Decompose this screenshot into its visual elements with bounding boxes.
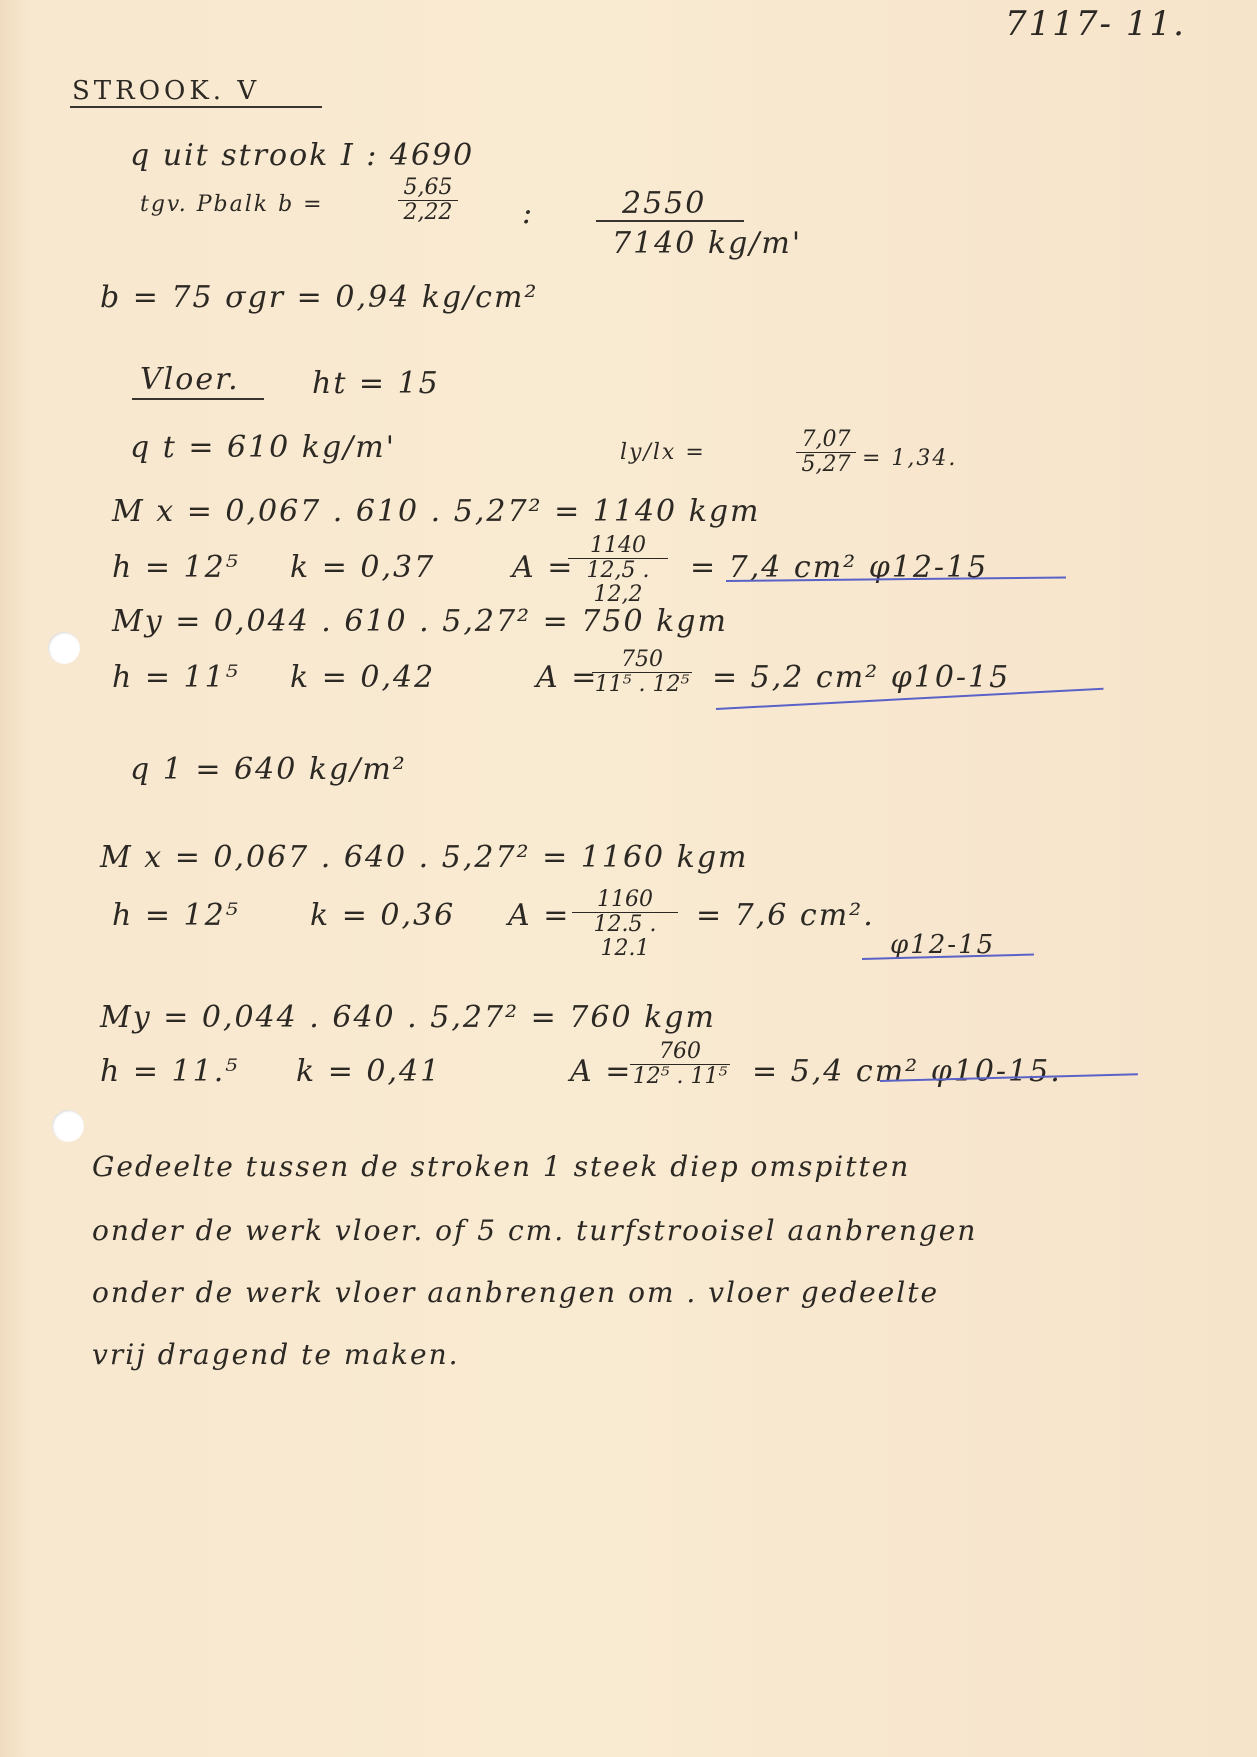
mx-calc-2: M x = 0,067 . 640 . 5,27² = 1160 kgm (100, 840, 749, 875)
punch-hole-top (48, 632, 80, 664)
page-reference: 7117- 11. (1005, 4, 1186, 44)
note-line-2: onder de werk vloer. of 5 cm. turfstrooi… (92, 1214, 977, 1247)
sum-line (596, 220, 744, 222)
pbalk-value: 2550 (622, 186, 706, 221)
a2-num: 750 (592, 648, 692, 673)
a4-fraction: 760 12⁵ . 11⁵ (630, 1040, 730, 1089)
my-calc-1: My = 0,044 . 610 . 5,27² = 750 kgm (112, 604, 728, 639)
a1-den: 12,5 . 12,2 (568, 559, 668, 607)
pbalk-fraction: 5,65 2,22 (398, 176, 458, 225)
b-and-sigma: b = 75 σgr = 0,94 kg/cm² (100, 280, 538, 315)
a1-label: A = (512, 550, 574, 585)
k-3: k = 0,36 (310, 898, 455, 933)
load-from-strook-1: q uit strook I : 4690 (130, 138, 474, 173)
ratio-label: ly/lx = (620, 440, 706, 465)
a4-den: 12⁵ . 11⁵ (630, 1065, 730, 1089)
a3-den: 12.5 . 12.1 (572, 913, 678, 961)
q1-load: q 1 = 640 kg/m² (130, 752, 407, 787)
a3-num: 1160 (572, 888, 678, 913)
mx-calc-1: M x = 0,067 . 610 . 5,27² = 1140 kgm (112, 494, 761, 529)
total-load: 7140 kg/m' (612, 226, 802, 261)
a4-label: A = (570, 1054, 632, 1089)
heading-underline (70, 106, 322, 108)
pbalk-fraction-num: 5,65 (398, 176, 458, 201)
a1-num: 1140 (568, 534, 668, 559)
k-1: k = 0,37 (290, 550, 435, 585)
page-heading: STROOK. V (72, 76, 260, 106)
vloer-title: Vloer. (140, 362, 240, 397)
h-4: h = 11.⁵ (100, 1054, 239, 1089)
a4-result: = 5,4 cm² φ10-15. (752, 1054, 1062, 1089)
a3-fraction: 1160 12.5 . 12.1 (572, 888, 678, 961)
pbalk-fraction-den: 2,22 (398, 201, 458, 225)
qt-load: q t = 610 kg/m' (130, 430, 396, 465)
a4-num: 760 (630, 1040, 730, 1065)
k-4: k = 0,41 (296, 1054, 441, 1089)
punch-hole-bottom (52, 1110, 84, 1142)
ratio-den: 5,27 (796, 453, 856, 477)
my-calc-2: My = 0,044 . 640 . 5,27² = 760 kgm (100, 1000, 716, 1035)
k-2: k = 0,42 (290, 660, 435, 695)
a1-fraction: 1140 12,5 . 12,2 (568, 534, 668, 607)
ratio-result: = 1,34. (862, 446, 957, 471)
note-line-1: Gedeelte tussen de stroken 1 steek diep … (92, 1150, 910, 1183)
pbalk-eq: : (522, 196, 534, 231)
a2-result: = 5,2 cm² φ10-15 (712, 660, 1010, 695)
a2-label: A = (536, 660, 598, 695)
vloer-underline (132, 398, 264, 400)
vloer-ht: ht = 15 (312, 366, 440, 401)
a3-result: = 7,6 cm². (696, 898, 875, 933)
a3-label: A = (508, 898, 570, 933)
h-1: h = 12⁵ (112, 550, 240, 585)
note-line-4: vrij dragend te maken. (92, 1338, 460, 1371)
a2-fraction: 750 11⁵ . 12⁵ (592, 648, 692, 697)
pbalk-label: tgv. Pbalk b = (140, 192, 324, 217)
a2-den: 11⁵ . 12⁵ (592, 673, 692, 697)
h-3: h = 12⁵ (112, 898, 240, 933)
note-line-3: onder de werk vloer aanbrengen om . vloe… (92, 1276, 939, 1309)
ratio-fraction: 7,07 5,27 (796, 428, 856, 477)
ratio-num: 7,07 (796, 428, 856, 453)
h-2: h = 11⁵ (112, 660, 240, 695)
